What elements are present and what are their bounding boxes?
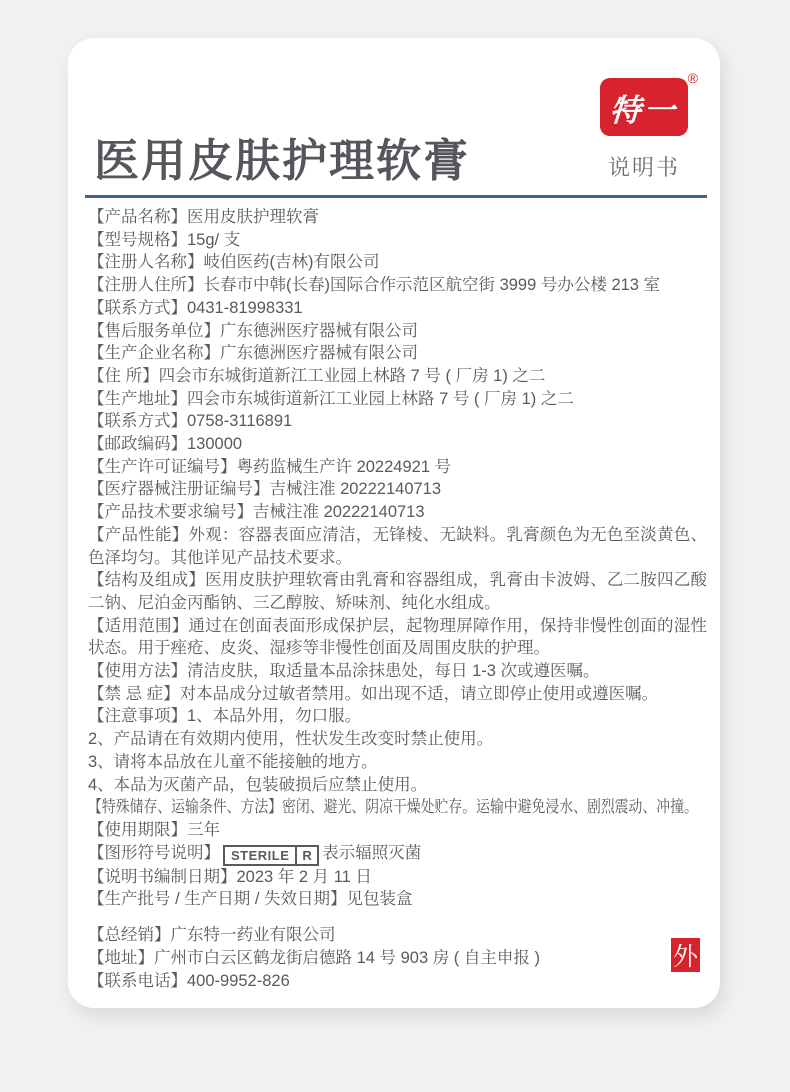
title-divider — [85, 195, 707, 198]
info-line: 【联系方式】0431-81998331 — [88, 297, 707, 320]
info-line: 【住 所】四会市东城街道新江工业园上林路 7 号 ( 厂房 1) 之二 — [88, 365, 707, 388]
brand-logo: 特一 ® — [600, 78, 688, 136]
info-line: 【邮政编码】130000 — [88, 433, 707, 456]
info-line: 【生产地址】四会市东城街道新江工业园上林路 7 号 ( 厂房 1) 之二 — [88, 388, 707, 411]
info-line: 【特殊储存、运输条件、方法】密闭、避光、阴凉干燥处贮存。运输中避免浸水、剧烈震动… — [88, 796, 608, 819]
distributor-line: 【地址】广州市白云区鹤龙街启德路 14 号 903 房 ( 自主申报 ) — [88, 947, 707, 970]
info-line: 4、本品为灭菌产品，包装破损后应禁止使用。 — [88, 774, 707, 797]
info-line: 【注册人住所】长春市中韩(长春)国际合作示范区航空街 3999 号办公楼 213… — [88, 274, 707, 297]
info-line: 【生产企业名称】广东德洲医疗器械有限公司 — [88, 342, 707, 365]
info-line: 【适用范围】通过在创面表面形成保护层，起物理屏障作用，保持非慢性创面的湿性状态。… — [88, 615, 707, 660]
graphic-symbol-meaning: 表示辐照灭菌 — [322, 844, 421, 862]
graphic-symbol-label: 【图形符号说明】 — [88, 844, 220, 862]
info-line: 【生产批号 / 生产日期 / 失效日期】见包装盒 — [88, 888, 707, 911]
info-line: 【型号规格】15g/ 支 — [88, 229, 707, 252]
info-line: 【产品技术要求编号】吉械注准 20222140713 — [88, 501, 707, 524]
external-use-mark: 外 — [671, 938, 700, 972]
info-section-after: 【说明书编制日期】2023 年 2 月 11 日【生产批号 / 生产日期 / 失… — [88, 866, 707, 911]
doc-subtitle: 说明书 — [596, 151, 692, 182]
distributor-section: 【总经销】广东特一药业有限公司【地址】广州市白云区鹤龙街启德路 14 号 903… — [88, 924, 707, 992]
info-line: 【禁 忌 症】对本品成分过敏者禁用。如出现不适，请立即停止使用或遵医嘱。 — [88, 683, 707, 706]
info-line: 【使用方法】清洁皮肤，取适量本品涂抹患处，每日 1-3 次或遵医嘱。 — [88, 660, 707, 683]
info-line: 3、请将本品放在儿童不能接触的地方。 — [88, 751, 707, 774]
brand-block: 特一 ® 说明书 — [596, 78, 692, 182]
info-line: 【使用期限】三年 — [88, 819, 707, 842]
brand-logo-text: 特一 — [608, 85, 679, 130]
info-line: 【联系方式】0758-3116891 — [88, 410, 707, 433]
info-section: 【产品名称】医用皮肤护理软膏【型号规格】15g/ 支【注册人名称】岐伯医药(吉林… — [88, 206, 707, 842]
info-line: 【售后服务单位】广东德洲医疗器械有限公司 — [88, 320, 707, 343]
distributor-line: 【总经销】广东特一药业有限公司 — [88, 924, 707, 947]
info-line: 【注意事项】1、本品外用，勿口服。 — [88, 705, 707, 728]
page-title: 医用皮肤护理软膏 — [94, 138, 470, 183]
graphic-symbol-line: 【图形符号说明】STERILER表示辐照灭菌 — [88, 842, 707, 866]
info-line: 【结构及组成】医用皮肤护理软膏由乳膏和容器组成，乳膏由卡波姆、乙二胺四乙酸二钠、… — [88, 569, 707, 614]
distributor-line: 【联系电话】400-9952-826 — [88, 970, 707, 993]
info-line: 【产品性能】外观：容器表面应清洁，无锋棱、无缺料。乳膏颜色为无色至淡黄色、色泽均… — [88, 524, 707, 569]
registered-trademark-icon: ® — [688, 70, 698, 86]
info-line: 2、产品请在有效期内使用，性状发生改变时禁止使用。 — [88, 728, 707, 751]
info-line: 【医疗器械注册证编号】吉械注准 20222140713 — [88, 478, 707, 501]
info-line: 【产品名称】医用皮肤护理软膏 — [88, 206, 707, 229]
info-line: 【生产许可证编号】粤药监械生产许 20224921 号 — [88, 456, 707, 479]
info-line: 【说明书编制日期】2023 年 2 月 11 日 — [88, 866, 707, 889]
sterile-radiation-icon: STERILER — [223, 845, 319, 866]
leaflet-content: 【产品名称】医用皮肤护理软膏【型号规格】15g/ 支【注册人名称】岐伯医药(吉林… — [88, 206, 707, 992]
leaflet-card: 特一 ® 说明书 医用皮肤护理软膏 【产品名称】医用皮肤护理软膏【型号规格】15… — [68, 38, 720, 1008]
info-line: 【注册人名称】岐伯医药(吉林)有限公司 — [88, 251, 707, 274]
